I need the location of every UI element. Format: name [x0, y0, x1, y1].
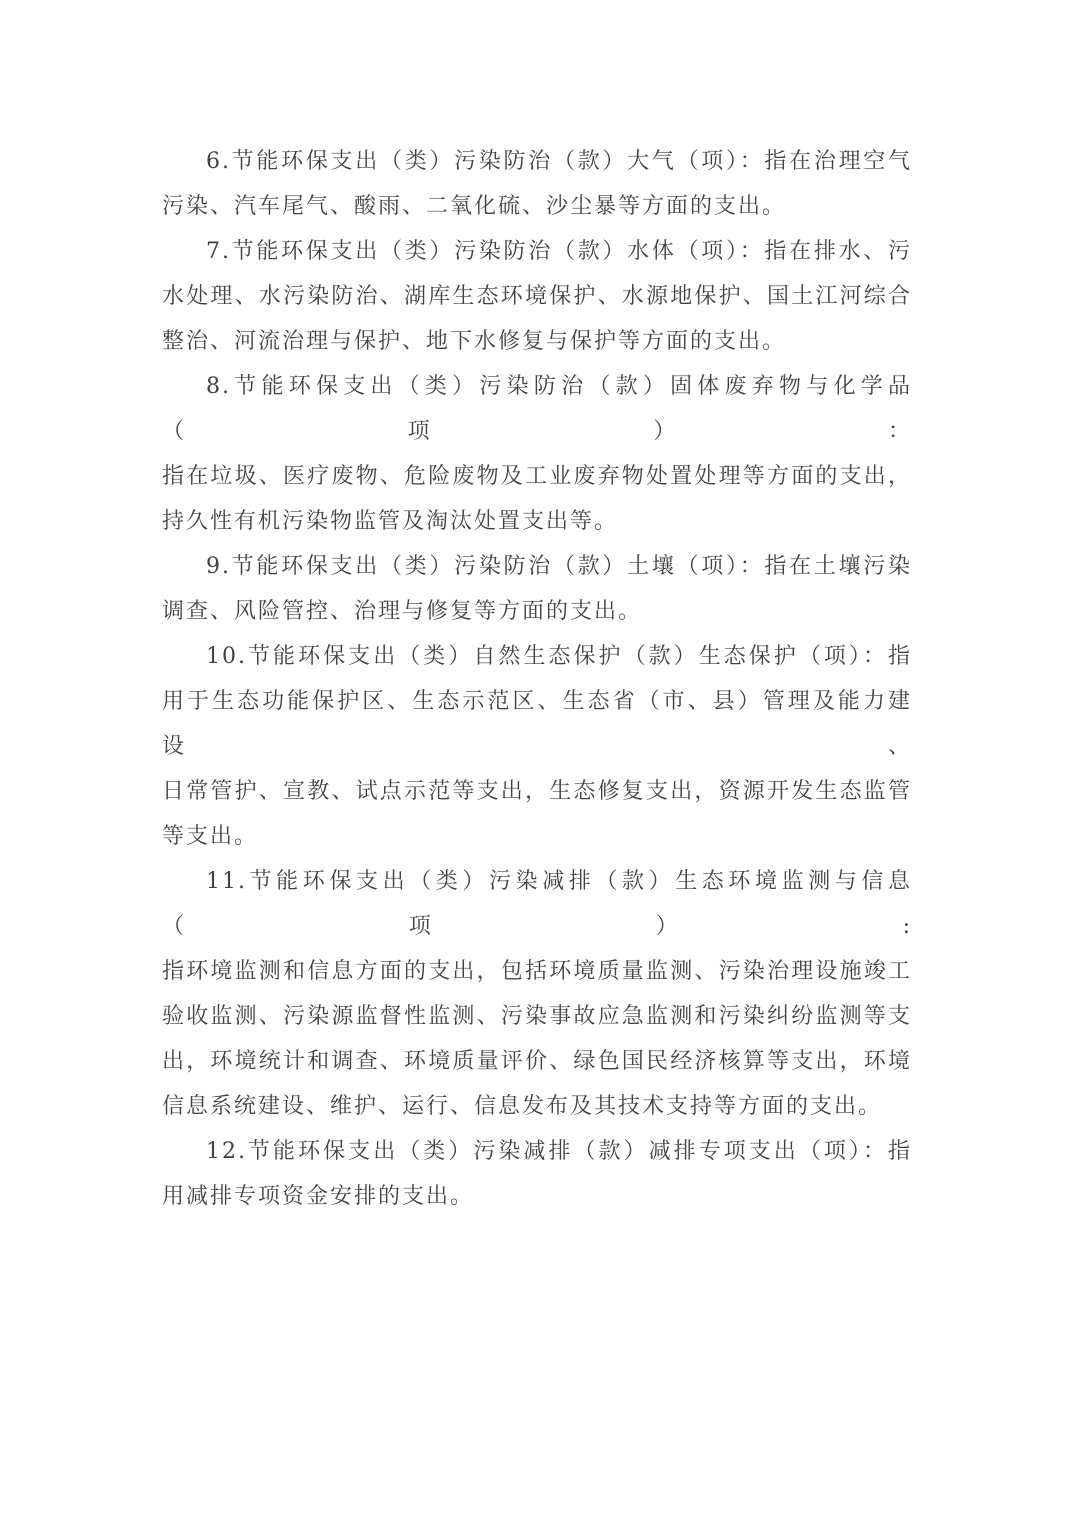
- text-line: 污染、汽车尾气、酸雨、二氧化硫、沙尘暴等方面的支出。: [162, 184, 912, 229]
- document-page: 6.节能环保支出（类）污染防治（款）大气（项）：指在治理空气 污染、汽车尾气、酸…: [0, 0, 1074, 1520]
- paragraph-item-12: 12.节能环保支出（类）污染减排（款）减排专项支出（项）：指 用减排专项资金安排…: [162, 1129, 912, 1219]
- text-line: 等支出。: [162, 814, 912, 859]
- text-line: 用减排专项资金安排的支出。: [162, 1174, 912, 1219]
- paragraph-item-11: 11.节能环保支出（类）污染减排（款）生态环境监测与信息（项）: 指环境监测和信…: [162, 859, 912, 1129]
- text-line: 12.节能环保支出（类）污染减排（款）减排专项支出（项）：指: [162, 1129, 912, 1174]
- text-line: 日常管护、宣教、试点示范等支出，生态修复支出，资源开发生态监管: [162, 769, 912, 814]
- text-line: 9.节能环保支出（类）污染防治（款）土壤（项）：指在土壤污染: [162, 544, 912, 589]
- text-line: 信息系统建设、维护、运行、信息发布及其技术支持等方面的支出。: [162, 1084, 912, 1129]
- text-line: 7.节能环保支出（类）污染防治（款）水体（项）：指在排水、污: [162, 229, 912, 274]
- paragraph-item-10: 10.节能环保支出（类）自然生态保护（款）生态保护（项）：指 用于生态功能保护区…: [162, 634, 912, 859]
- text-line: 6.节能环保支出（类）污染防治（款）大气（项）：指在治理空气: [162, 139, 912, 184]
- paragraph-item-9: 9.节能环保支出（类）污染防治（款）土壤（项）：指在土壤污染 调查、风险管控、治…: [162, 544, 912, 634]
- text-line: 持久性有机污染物监管及淘汰处置支出等。: [162, 499, 912, 544]
- text-line: 调查、风险管控、治理与修复等方面的支出。: [162, 589, 912, 634]
- paragraph-item-7: 7.节能环保支出（类）污染防治（款）水体（项）：指在排水、污 水处理、水污染防治…: [162, 229, 912, 364]
- paragraph-item-8: 8.节能环保支出（类）污染防治（款）固体废弃物与化学品（项）： 指在垃圾、医疗废…: [162, 364, 912, 544]
- text-line: 验收监测、污染源监督性监测、污染事故应急监测和污染纠纷监测等支: [162, 994, 912, 1039]
- text-line: 10.节能环保支出（类）自然生态保护（款）生态保护（项）：指: [162, 634, 912, 679]
- text-line: 用于生态功能保护区、生态示范区、生态省（市、县）管理及能力建设、: [162, 679, 912, 769]
- text-line: 出，环境统计和调查、环境质量评价、绿色国民经济核算等支出，环境: [162, 1039, 912, 1084]
- text-line: 指在垃圾、医疗废物、危险废物及工业废弃物处置处理等方面的支出，: [162, 454, 912, 499]
- text-line: 8.节能环保支出（类）污染防治（款）固体废弃物与化学品（项）：: [162, 364, 912, 454]
- paragraph-item-6: 6.节能环保支出（类）污染防治（款）大气（项）：指在治理空气 污染、汽车尾气、酸…: [162, 139, 912, 229]
- text-line: 整治、河流治理与保护、地下水修复与保护等方面的支出。: [162, 319, 912, 364]
- text-line: 11.节能环保支出（类）污染减排（款）生态环境监测与信息（项）:: [162, 859, 912, 949]
- text-line: 水处理、水污染防治、湖库生态环境保护、水源地保护、国土江河综合: [162, 274, 912, 319]
- document-body: 6.节能环保支出（类）污染防治（款）大气（项）：指在治理空气 污染、汽车尾气、酸…: [162, 139, 912, 1219]
- text-line: 指环境监测和信息方面的支出，包括环境质量监测、污染治理设施竣工: [162, 949, 912, 994]
